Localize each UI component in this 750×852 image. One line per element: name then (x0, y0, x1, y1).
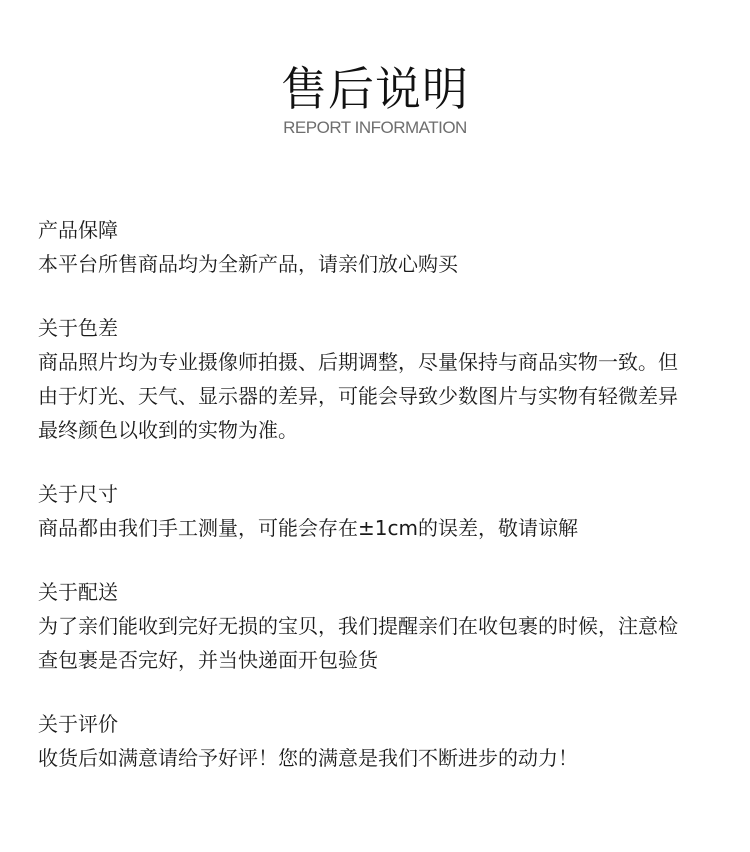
page-title: 售后说明 (0, 62, 750, 116)
section-title: 产品保障 (38, 213, 718, 247)
section-text-line: 最终颜色以收到的实物为准。 (38, 413, 718, 447)
section-text-line: 商品都由我们手工测量，可能会存在±1cm的误差，敬请谅解 (38, 511, 718, 545)
section-color-difference: 关于色差 商品照片均为专业摄像师拍摄、后期调整，尽量保持与商品实物一致。但 由于… (38, 311, 718, 447)
after-sales-content: 产品保障 本平台所售商品均为全新产品，请亲们放心购买 关于色差 商品照片均为专业… (38, 213, 718, 805)
section-delivery: 关于配送 为了亲们能收到完好无损的宝贝，我们提醒亲们在收包裹的时候，注意检 查包… (38, 575, 718, 677)
section-text-line: 商品照片均为专业摄像师拍摄、后期调整，尽量保持与商品实物一致。但 (38, 345, 718, 379)
section-text-line: 为了亲们能收到完好无损的宝贝，我们提醒亲们在收包裹的时候，注意检 (38, 609, 718, 643)
section-text-line: 收货后如满意请给予好评！您的满意是我们不断进步的动力！ (38, 741, 718, 775)
page-header: 售后说明 REPORT INFORMATION (0, 62, 750, 138)
page-subtitle: REPORT INFORMATION (0, 118, 750, 138)
section-title: 关于评价 (38, 707, 718, 741)
section-product-guarantee: 产品保障 本平台所售商品均为全新产品，请亲们放心购买 (38, 213, 718, 281)
section-title: 关于配送 (38, 575, 718, 609)
section-text-line: 由于灯光、天气、显示器的差异，可能会导致少数图片与实物有轻微差异 (38, 379, 718, 413)
section-size: 关于尺寸 商品都由我们手工测量，可能会存在±1cm的误差，敬请谅解 (38, 477, 718, 545)
section-title: 关于尺寸 (38, 477, 718, 511)
section-review: 关于评价 收货后如满意请给予好评！您的满意是我们不断进步的动力！ (38, 707, 718, 775)
section-text-line: 本平台所售商品均为全新产品，请亲们放心购买 (38, 247, 718, 281)
section-text-line: 查包裹是否完好，并当快递面开包验货 (38, 643, 718, 677)
section-title: 关于色差 (38, 311, 718, 345)
